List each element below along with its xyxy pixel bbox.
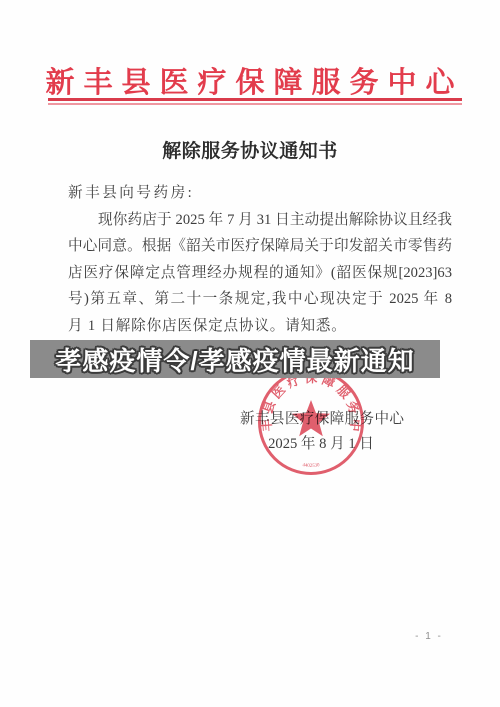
letterhead-org-name: 新丰县医疗保障服务中心 xyxy=(0,60,500,101)
letter-body-line: 月 1 日解除你店医保定点协议。请知悉。 xyxy=(68,313,452,340)
letter-body-line: 号)第五章、第二十一条规定,我中心现决定于 2025 年 8 xyxy=(68,286,452,313)
seal-star xyxy=(292,400,330,436)
seal-code-holder: 4402530 xyxy=(302,463,321,469)
page-number: - 1 - xyxy=(407,631,451,642)
letter-body-line: 中心同意。根据《韶关市医疗保障局关于印发韶关市零售药 xyxy=(68,233,452,260)
seal-code-text: 4402530 xyxy=(302,463,321,469)
watermark-headline-text: 孝感疫情令/孝感疫情最新通知 xyxy=(55,341,414,378)
official-seal: 新丰县医疗保障服务中心 4402530 xyxy=(256,367,366,477)
letter-body: 新丰县向号药房: 现你药店于 2025 年 7 月 31 日主动提出解除协议且经… xyxy=(68,180,452,340)
document-title: 解除服务协议通知书 xyxy=(0,136,500,163)
letter-body-line: 店医疗保障定点管理经办规程的通知》(韶医保规[2023]63 xyxy=(68,260,452,287)
letter-salutation: 新丰县向号药房: xyxy=(68,180,452,207)
scanned-document-page: 新丰县医疗保障服务中心 解除服务协议通知书 新丰县向号药房: 现你药店于 202… xyxy=(0,0,500,707)
letterhead-double-rule xyxy=(48,98,462,105)
watermark-headline-banner: 孝感疫情令/孝感疫情最新通知 xyxy=(30,340,440,378)
letter-body-line: 现你药店于 2025 年 7 月 31 日主动提出解除协议且经我 xyxy=(68,207,452,234)
